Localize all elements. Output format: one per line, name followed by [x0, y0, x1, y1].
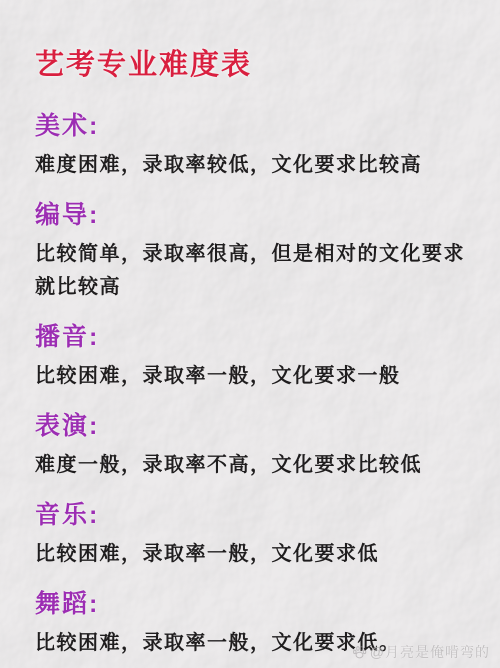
section-art-label: 美术: — [35, 110, 470, 143]
poster-content: 艺考专业难度表 美术: 难度困难，录取率较低，文化要求比较高 编导: 比较简单，… — [0, 0, 500, 668]
section-acting-label: 表演: — [35, 410, 470, 443]
section-broadcasting: 播音: 比较困难，录取率一般，文化要求一般 — [35, 321, 470, 393]
watermark-handle: @月亮是俺啃弯的 — [370, 642, 490, 662]
section-music: 音乐: 比较困难，录取率一般，文化要求低 — [35, 499, 470, 571]
section-acting-description: 难度一般，录取率不高，文化要求比较低 — [35, 449, 470, 482]
section-directing: 编导: 比较简单，录取率很高，但是相对的文化要求就比较高 — [35, 199, 470, 304]
section-art: 美术: 难度困难，录取率较低，文化要求比较高 — [35, 110, 470, 182]
section-broadcasting-label: 播音: — [35, 321, 470, 354]
section-music-description: 比较困难，录取率一般，文化要求低 — [35, 538, 470, 571]
section-acting: 表演: 难度一般，录取率不高，文化要求比较低 — [35, 410, 470, 482]
watermark: @月亮是俺啃弯的 — [352, 642, 490, 662]
section-broadcasting-description: 比较困难，录取率一般，文化要求一般 — [35, 360, 470, 393]
section-art-description: 难度困难，录取率较低，文化要求比较高 — [35, 149, 470, 182]
section-music-label: 音乐: — [35, 499, 470, 532]
baidu-paw-icon — [352, 645, 367, 660]
page-title: 艺考专业难度表 — [35, 48, 470, 82]
section-directing-description: 比较简单，录取率很高，但是相对的文化要求就比较高 — [35, 238, 470, 304]
section-directing-label: 编导: — [35, 199, 470, 232]
poster: 艺考专业难度表 美术: 难度困难，录取率较低，文化要求比较高 编导: 比较简单，… — [0, 0, 500, 668]
section-dance-label: 舞蹈: — [35, 588, 470, 621]
